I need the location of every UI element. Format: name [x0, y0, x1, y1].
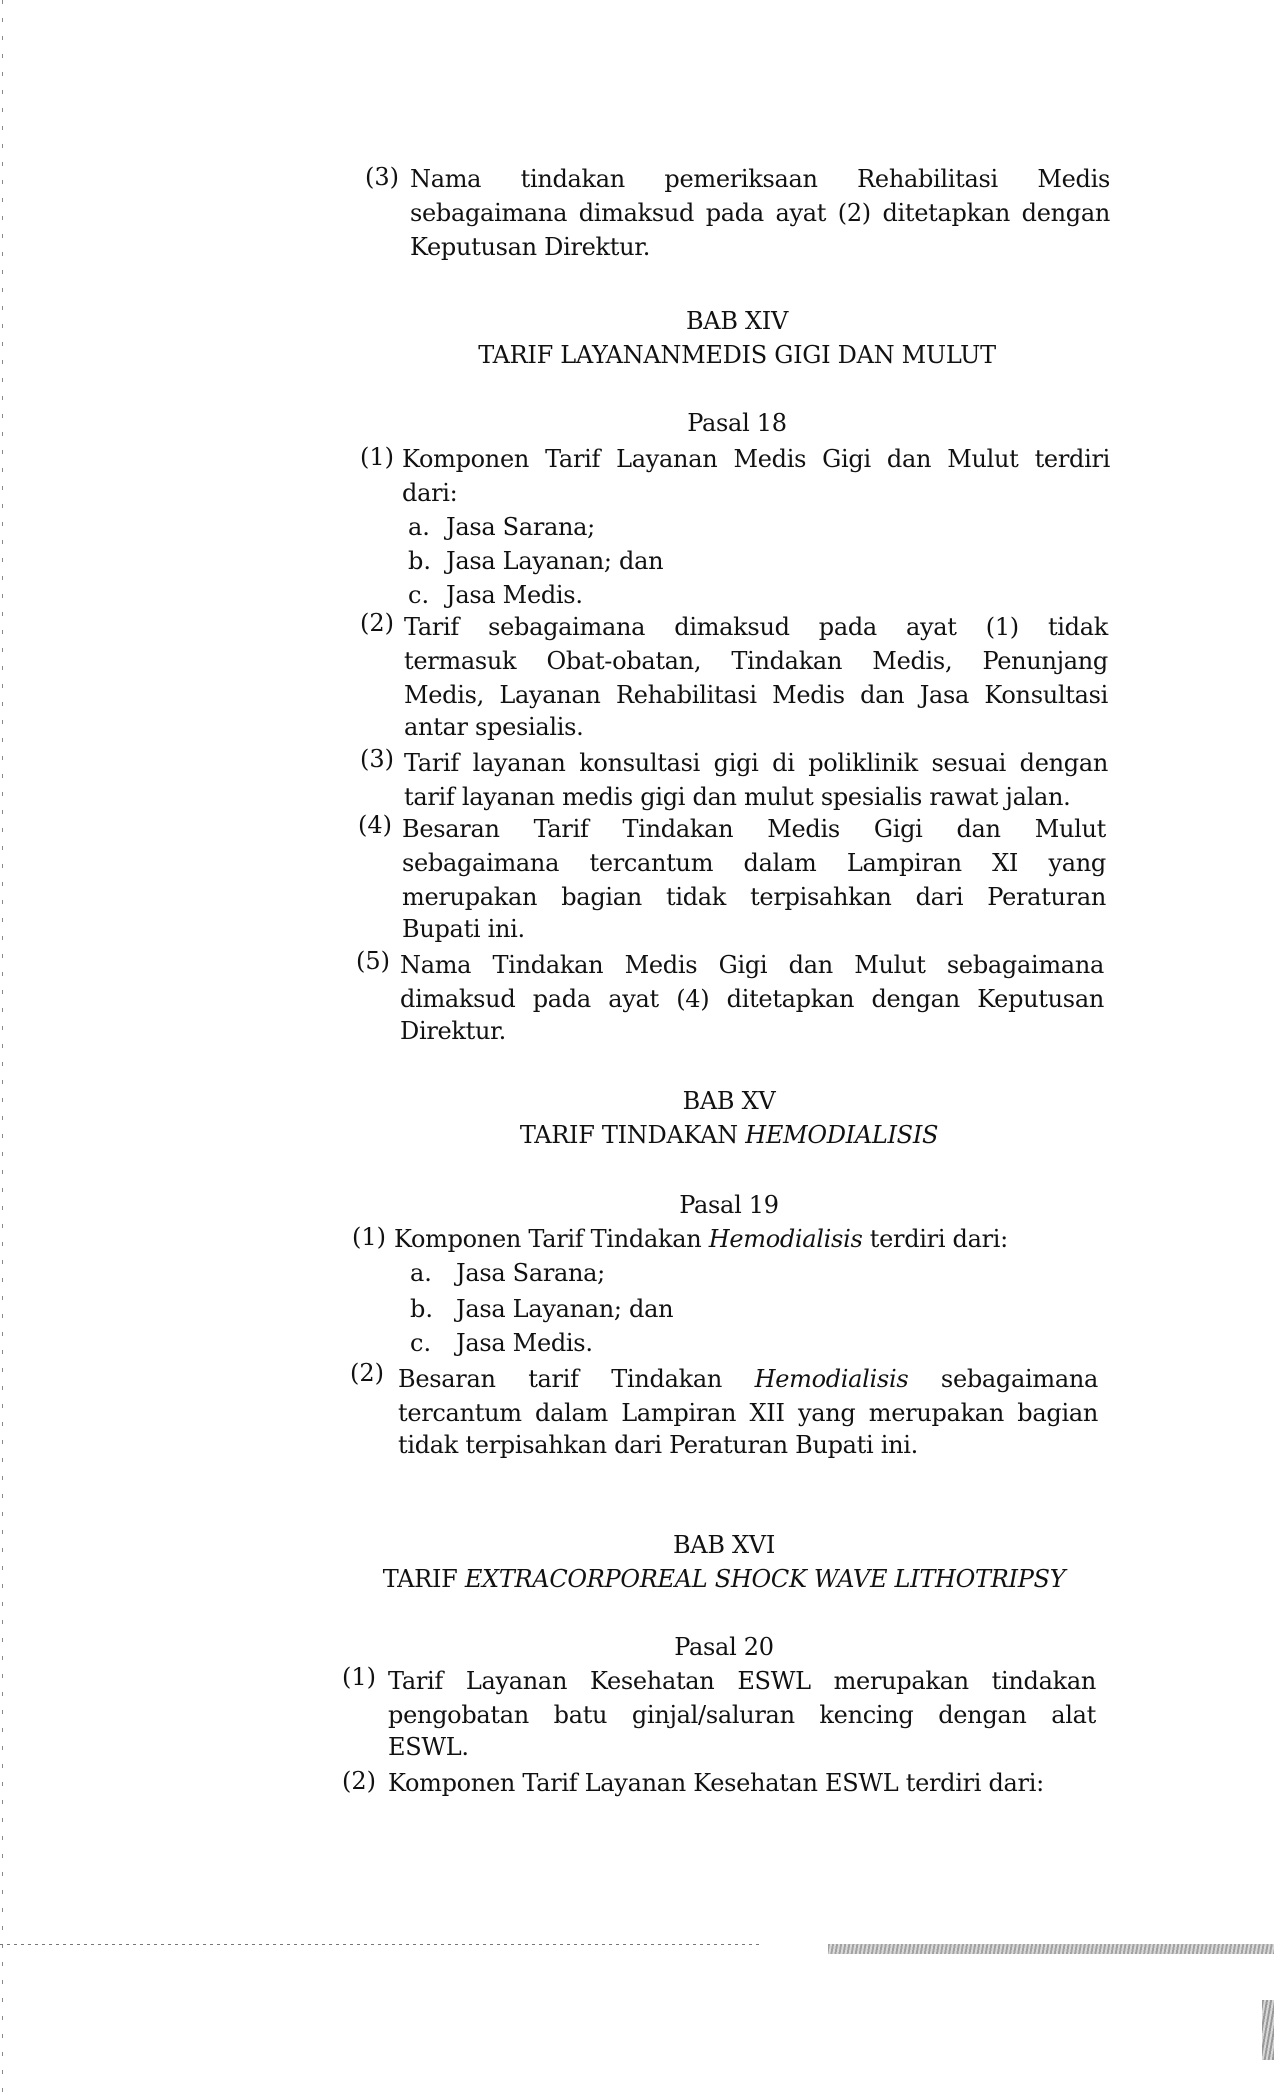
text-line: termasuk Obat-obatan, Tindakan Medis, Pe…	[404, 644, 1108, 678]
text-line: Komponen Tarif Layanan Medis Gigi dan Mu…	[402, 442, 1110, 476]
sub-letter: a.	[408, 510, 430, 544]
text-part: sebagaimana	[908, 1365, 1098, 1393]
text-line: dari:	[402, 476, 457, 510]
text-line: sebagaimana tercantum dalam Lampiran XI …	[402, 846, 1106, 880]
text-line: Nama Tindakan Medis Gigi dan Mulut sebag…	[400, 948, 1104, 982]
sub-item: Jasa Layanan; dan	[456, 1292, 673, 1326]
text-line: tercantum dalam Lampiran XII yang merupa…	[398, 1396, 1098, 1430]
text-line: tarif layanan medis gigi dan mulut spesi…	[404, 780, 1070, 814]
scan-fold-line	[0, 1944, 760, 1945]
text-line: Keputusan Direktur.	[410, 230, 650, 264]
article-title: Pasal 19	[0, 1188, 1274, 1222]
scanned-document-page: (3) Nama tindakan pemeriksaan Rehabilita…	[0, 0, 1274, 2098]
chapter-subtitle: TARIF TINDAKAN HEMODIALISIS	[0, 1118, 1274, 1152]
text-line: Besaran Tarif Tindakan Medis Gigi dan Mu…	[402, 812, 1106, 846]
sub-item: Jasa Sarana;	[446, 510, 595, 544]
sub-letter: b.	[410, 1292, 433, 1326]
item-number: (2)	[350, 1356, 384, 1390]
item-number: (3)	[365, 160, 399, 194]
sub-item: Jasa Medis.	[456, 1326, 593, 1360]
text-line: Besaran tarif Tindakan Hemodialisis seba…	[398, 1362, 1098, 1396]
text-line: merupakan bagian tidak terpisahkan dari …	[402, 880, 1106, 914]
text-line: sebagaimana dimaksud pada ayat (2) ditet…	[410, 196, 1110, 230]
chapter-subtitle: TARIF EXTRACORPOREAL SHOCK WAVE LITHOTRI…	[0, 1562, 1274, 1596]
text-line: Direktur.	[400, 1014, 506, 1048]
chapter-title: BAB XV	[0, 1084, 1274, 1118]
text-line: Medis, Layanan Rehabilitasi Medis dan Ja…	[404, 678, 1108, 712]
sub-letter: b.	[408, 544, 431, 578]
item-number: (4)	[358, 808, 392, 842]
item-number: (3)	[360, 742, 394, 776]
article-title: Pasal 20	[0, 1630, 1274, 1664]
text-part: Komponen Tarif Tindakan	[394, 1225, 709, 1253]
scan-smudge	[828, 1944, 1274, 1954]
text-line: dimaksud pada ayat (4) ditetapkan dengan…	[400, 982, 1104, 1016]
text-line: antar spesialis.	[404, 710, 584, 744]
sub-letter: c.	[408, 578, 429, 612]
text-part: terdiri dari:	[862, 1225, 1007, 1253]
sub-letter: c.	[410, 1326, 431, 1360]
text-line: Tarif layanan konsultasi gigi di polikli…	[404, 746, 1108, 780]
item-number: (5)	[356, 944, 390, 978]
subtitle-italic: HEMODIALISIS	[745, 1121, 938, 1149]
sub-item: Jasa Sarana;	[456, 1256, 605, 1290]
chapter-subtitle: TARIF LAYANANMEDIS GIGI DAN MULUT	[0, 338, 1274, 372]
item-number: (2)	[360, 606, 394, 640]
text-line: tidak terpisahkan dari Peraturan Bupati …	[398, 1428, 918, 1462]
item-number: (2)	[342, 1764, 376, 1798]
subtitle-text: TARIF	[383, 1565, 465, 1593]
scan-corner-mark	[1262, 2000, 1274, 2060]
text-part: Besaran tarif Tindakan	[398, 1365, 755, 1393]
text-line: Tarif sebagaimana dimaksud pada ayat (1)…	[404, 610, 1108, 644]
sub-item: Jasa Layanan; dan	[446, 544, 663, 578]
subtitle-italic: EXTRACORPOREAL SHOCK WAVE LITHOTRIPSY	[465, 1565, 1065, 1593]
item-number: (1)	[352, 1220, 386, 1254]
text-line: pengobatan batu ginjal/saluran kencing d…	[388, 1698, 1096, 1732]
sub-item: Jasa Medis.	[446, 578, 583, 612]
text-italic: Hemodialisis	[755, 1365, 909, 1393]
chapter-title: BAB XVI	[0, 1528, 1274, 1562]
text-line: Bupati ini.	[402, 912, 525, 946]
article-title: Pasal 18	[0, 406, 1274, 440]
item-number: (1)	[360, 440, 394, 474]
text-line: Tarif Layanan Kesehatan ESWL merupakan t…	[388, 1664, 1096, 1698]
text-line: Komponen Tarif Layanan Kesehatan ESWL te…	[388, 1766, 1044, 1800]
text-line: Komponen Tarif Tindakan Hemodialisis ter…	[394, 1222, 1008, 1256]
item-number: (1)	[342, 1660, 376, 1694]
subtitle-text: TARIF TINDAKAN	[520, 1121, 745, 1149]
sub-letter: a.	[410, 1256, 432, 1290]
text-line: ESWL.	[388, 1730, 469, 1764]
text-line: Nama tindakan pemeriksaan Rehabilitasi M…	[410, 162, 1110, 196]
text-italic: Hemodialisis	[709, 1225, 863, 1253]
chapter-title: BAB XIV	[0, 304, 1274, 338]
